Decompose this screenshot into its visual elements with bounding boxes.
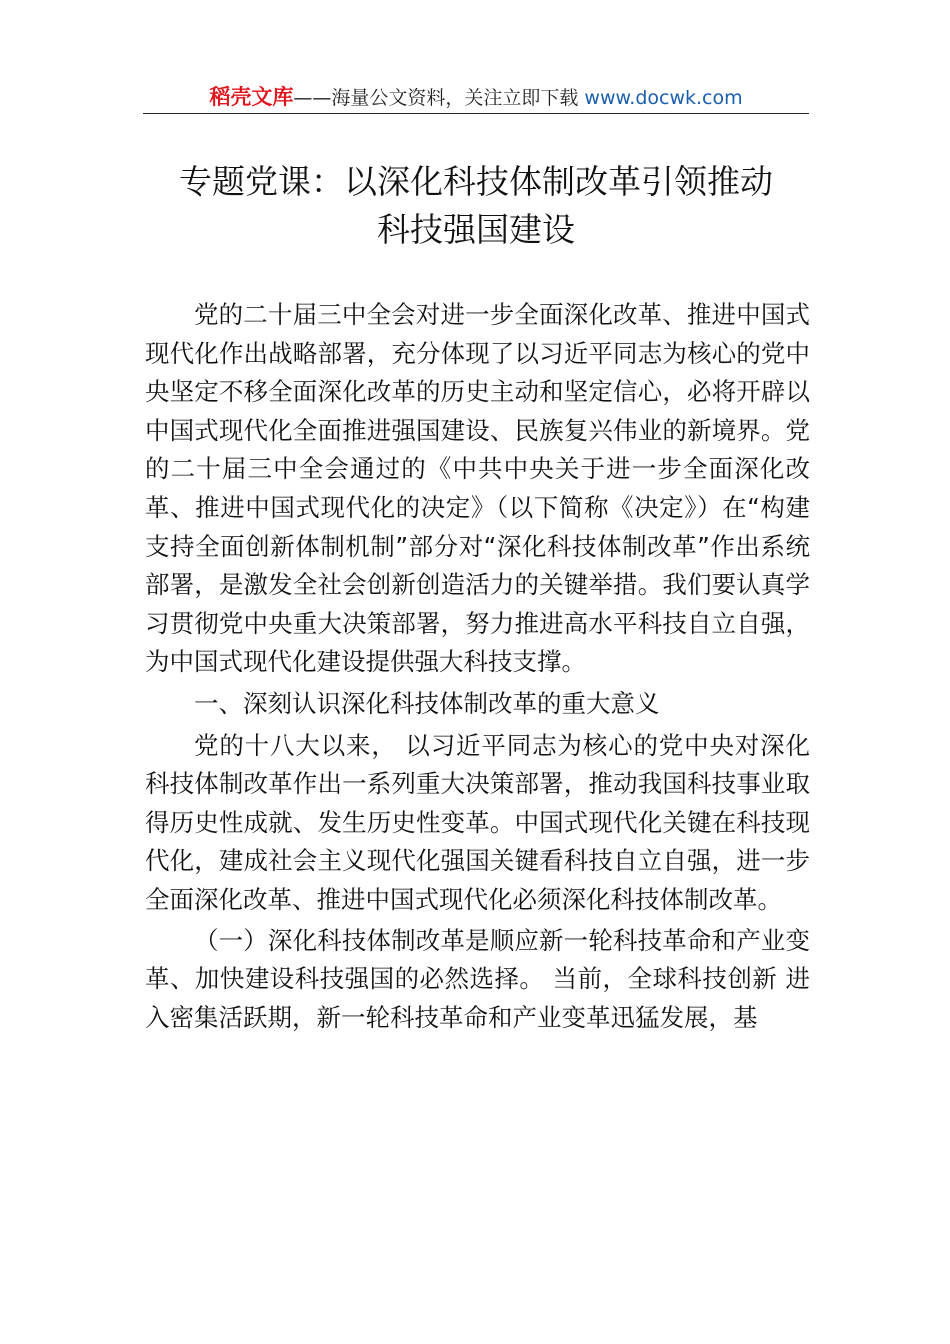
site-header: 稻壳文库——海量公文资料，关注立即下载 www.docwk.com — [143, 82, 809, 113]
paragraph-intro: 党的二十届三中全会对进一步全面深化改革、推进中国式现代化作出战略部署，充分体现了… — [145, 296, 810, 682]
header-divider — [143, 113, 809, 114]
brand-logo-text: 稻壳文库 — [209, 85, 293, 109]
paragraph-subsection-1: （一）深化科技体制改革是顺应新一轮科技革命和产业变革、加快建设科技强国的必然选择… — [145, 922, 810, 1038]
title-line-1: 专题党课：以深化科技体制改革引领推动 — [140, 158, 812, 206]
site-url-link[interactable]: www.docwk.com — [584, 87, 742, 109]
header-slogan: ——海量公文资料，关注立即下载 — [293, 87, 584, 109]
title-line-2: 科技强国建设 — [140, 206, 812, 254]
document-title: 专题党课：以深化科技体制改革引领推动 科技强国建设 — [140, 158, 812, 254]
section-heading-1: 一、深刻认识深化科技体制改革的重大意义 — [145, 685, 810, 724]
document-body: 党的二十届三中全会对进一步全面深化改革、推进中国式现代化作出战略部署，充分体现了… — [145, 296, 810, 1037]
paragraph-section-1: 党的十八大以来， 以习近平同志为核心的党中央对深化科技体制改革作出一系列重大决策… — [145, 727, 810, 920]
